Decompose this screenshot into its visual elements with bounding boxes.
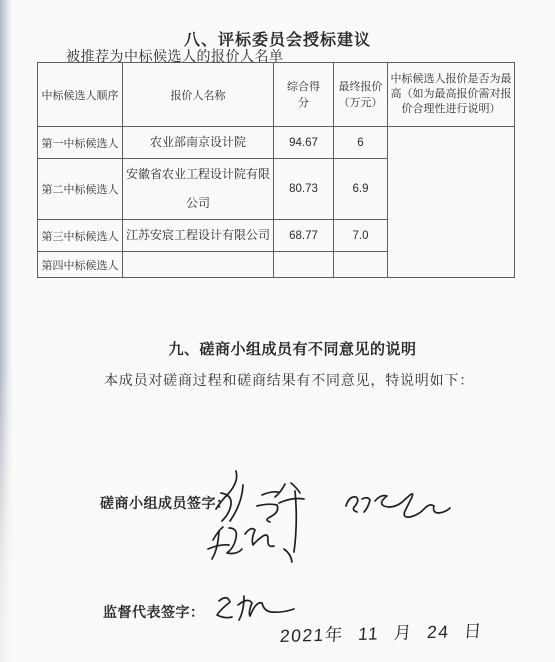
header-final-quote: 最终报价 （万元） bbox=[334, 63, 388, 127]
signature-supervisor bbox=[217, 596, 294, 620]
header-composite-score: 综合得 分 bbox=[274, 63, 334, 127]
candidate-order: 第三中标候选人 bbox=[38, 220, 123, 252]
header-highest-quote-note: 中标候选人报价是否为最高（如为最高报价需对报价合理性进行说明） bbox=[388, 63, 515, 127]
candidates-table: 中标候选人顺序 报价人名称 综合得 分 最终报价 （万元） 中标候选人报价是否为… bbox=[37, 62, 515, 278]
section9-title: 九、磋商小组成员有不同意见的说明 bbox=[30, 338, 555, 359]
handwritten-date: 2021年 11 月 24 日 bbox=[279, 618, 484, 648]
bidder-name bbox=[123, 252, 274, 278]
final-quote: 7.0 bbox=[334, 220, 388, 252]
header-bidder-name: 报价人名称 bbox=[123, 63, 274, 127]
signature-member-3 bbox=[208, 527, 292, 562]
scan-edge-shadow bbox=[0, 0, 13, 662]
negotiation-group-signature-label: 磋商小组成员签字： bbox=[100, 493, 231, 513]
final-quote: 6 bbox=[334, 127, 388, 159]
composite-score bbox=[274, 252, 334, 278]
section9-body-text: 本成员对磋商过程和磋商结果有不同意见，特说明如下： bbox=[104, 370, 474, 390]
final-quote bbox=[334, 252, 388, 278]
document-page: 八、评标委员会授标建议 被推荐为中标候选人的报价人名单 中标候选人顺序 报价人名… bbox=[0, 0, 555, 662]
bidder-name: 农业部南京设计院 bbox=[123, 127, 274, 159]
supervisor-signature-label: 监督代表签字： bbox=[103, 602, 205, 622]
highest-quote-note-cell bbox=[388, 127, 515, 278]
candidate-order: 第二中标候选人 bbox=[38, 159, 123, 220]
bidder-name: 江苏安宸工程设计有限公司 bbox=[123, 220, 274, 252]
table-header-row: 中标候选人顺序 报价人名称 综合得 分 最终报价 （万元） 中标候选人报价是否为… bbox=[38, 63, 515, 127]
bidder-name: 安徽省农业工程设计院有限 公司 bbox=[123, 159, 274, 220]
composite-score: 80.73 bbox=[274, 159, 334, 220]
composite-score: 94.67 bbox=[274, 127, 334, 159]
final-quote: 6.9 bbox=[334, 159, 388, 220]
header-candidate-order: 中标候选人顺序 bbox=[38, 63, 123, 127]
table-row: 第一中标候选人 农业部南京设计院 94.67 6 bbox=[38, 127, 515, 159]
composite-score: 68.77 bbox=[274, 220, 334, 252]
candidate-order: 第一中标候选人 bbox=[38, 127, 123, 159]
candidate-order: 第四中标候选人 bbox=[38, 252, 123, 278]
signature-member-2 bbox=[346, 494, 450, 517]
